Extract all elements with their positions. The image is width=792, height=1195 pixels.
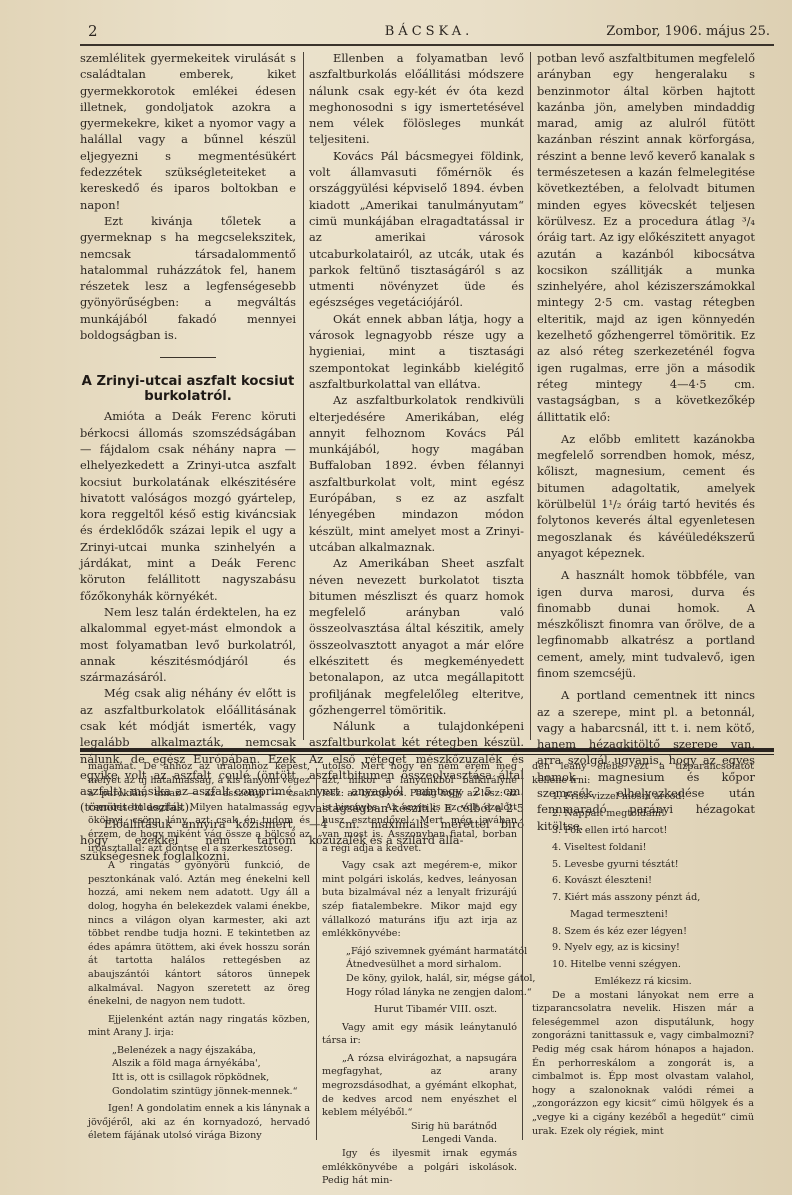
commandments-list: 1. Friss vizzel mosni arcod! 2. Nappalt … [532, 790, 754, 971]
list-item: 7. Kiért más asszony pénzt ád, [552, 891, 754, 905]
feuilleton-column-3: den leány elébe ezt a tizparancsolatot k… [532, 760, 754, 1138]
verse-line: „Fájó szivemnek gyémánt harmatától [346, 945, 517, 959]
verse-line: „Belenézek a nagy éjszakába, [112, 1044, 310, 1058]
paragraph: potban levő aszfaltbitumen megfelelő ará… [537, 50, 755, 425]
paragraph: utolsó. Mert hogy én nem érem meg azt, m… [322, 760, 517, 855]
paragraph: Vagy amit egy másik leánytanuló társa ir… [322, 1021, 517, 1048]
paragraph: Kovács Pál bácsmegyei földink, volt álla… [309, 148, 524, 311]
paragraph: Amióta a Deák Ferenc köruti bérkocsi áll… [80, 408, 296, 604]
verse: „Fájó szivemnek gyémánt harmatától Átned… [322, 945, 517, 999]
paragraph: magamat. De ahhoz az uralomhoz képest, m… [88, 760, 310, 855]
paragraph: Vagy csak azt megérem-e, mikor mint polg… [322, 859, 517, 941]
paragraph: Az Amerikában Sheet aszfalt néven neveze… [309, 555, 524, 718]
column-3: potban levő aszfaltbitumen megfelelő ará… [537, 50, 755, 834]
paragraph: Ezt kivánja tőletek a gyermeknap s ha me… [80, 213, 296, 343]
verse: „Belenézek a nagy éjszakába, Alszik a fö… [88, 1044, 310, 1098]
column-2: Ellenben a folyamatban levő aszfaltburko… [309, 50, 524, 849]
section-separator [160, 357, 216, 358]
verse-line: Átnedvesülhet a mord sirhalom. [346, 958, 517, 972]
feuilleton-column-2: utolsó. Mert hogy én nem érem meg azt, m… [322, 760, 517, 1188]
list-item: 8. Szem és kéz ezer légyen! [552, 925, 754, 939]
list-item: 2. Nappalt megtoldani! [552, 807, 754, 821]
closing-line: Emlékezz rá kicsim. [532, 975, 754, 989]
paragraph: Ejjelenként aztán nagy ringatás közben, … [88, 1013, 310, 1040]
list-item: 3. Pók ellen irtó harcot! [552, 824, 754, 838]
newspaper-page: 2 BÁCSKA. Zombor, 1906. május 25. szemlé… [0, 0, 792, 1195]
verse-line: Itt is, ott is csillagok röpködnek, [112, 1071, 310, 1085]
paragraph: szemlélitek gyermekeitek virulását s csa… [80, 50, 296, 213]
dateline: Zombor, 1906. május 25. [606, 24, 770, 39]
list-item: 1. Friss vizzel mosni arcod! [552, 790, 754, 804]
list-item: 9. Nyelv egy, az is kicsiny! [552, 941, 754, 955]
feuilleton-rule-thin [80, 754, 774, 755]
column-divider [530, 52, 531, 740]
paragraph: De a mostani lányokat nem erre a tizpara… [532, 989, 754, 1139]
list-item-continuation: Magad termeszteni! [552, 908, 754, 922]
feuilleton-column-1: magamat. De ahhoz az uralomhoz képest, m… [88, 760, 310, 1143]
page-header: 2 BÁCSKA. Zombor, 1906. május 25. [84, 22, 774, 44]
feuilleton-rule [80, 748, 774, 752]
list-item: 10. Hitelbe venni szégyen. [552, 958, 754, 972]
paragraph: Igen! A gondolatim ennek a kis lánynak a… [88, 1102, 310, 1143]
paragraph: Az előbb emlitett kazánokba megfelelő so… [537, 431, 755, 561]
paragraph: Ellenben a folyamatban levő aszfaltburko… [309, 50, 524, 148]
paragraph: den leány elébe ezt a tizparancsolatot k… [532, 760, 754, 787]
header-rule [80, 44, 774, 46]
verse-line: Gondolatim szintügy jönnek-mennek.“ [112, 1085, 310, 1099]
signature: Lengedi Vanda. [322, 1133, 517, 1147]
paragraph: Igy és ilyesmit irnak egymás emlékkönyvé… [322, 1147, 517, 1188]
paragraph: Okát ennek abban látja, hogy a városok l… [309, 311, 524, 392]
paragraph: Az aszfaltburkolatok rendkivüli elterjed… [309, 392, 524, 555]
list-item: 4. Viseltest foldani! [552, 841, 754, 855]
paragraph: A használt homok többféle, van igen durv… [537, 567, 755, 681]
list-item: 5. Levesbe gyurni tésztát! [552, 858, 754, 872]
column-1: szemlélitek gyermekeitek virulását s csa… [80, 50, 296, 865]
paragraph: A ringatás gyönyörü funkció, de pesztonk… [88, 859, 310, 1009]
signature: Hurut Tibamér VIII. oszt. [322, 1003, 517, 1017]
verse-line: Hogy rólad lányka ne zengjen dalom.“ [346, 986, 517, 1000]
signature: Sirig hü barátnőd [322, 1120, 517, 1134]
article-headline: A Zrinyi-utcai aszfalt kocsiut burkolatr… [80, 374, 296, 404]
paragraph: Nem lesz talán érdektelen, ha ez alkalom… [80, 604, 296, 685]
list-item: 6. Kovászt éleszteni! [552, 874, 754, 888]
verse-line: Alszik a föld maga árnyékába', [112, 1057, 310, 1071]
column-divider [316, 768, 317, 1140]
quote: „A rózsa elvirágozhat, a napsugára megfa… [322, 1052, 517, 1120]
verse-line: De köny, gyilok, halál, sir, mégse gátol… [346, 972, 517, 986]
column-divider [303, 52, 304, 740]
